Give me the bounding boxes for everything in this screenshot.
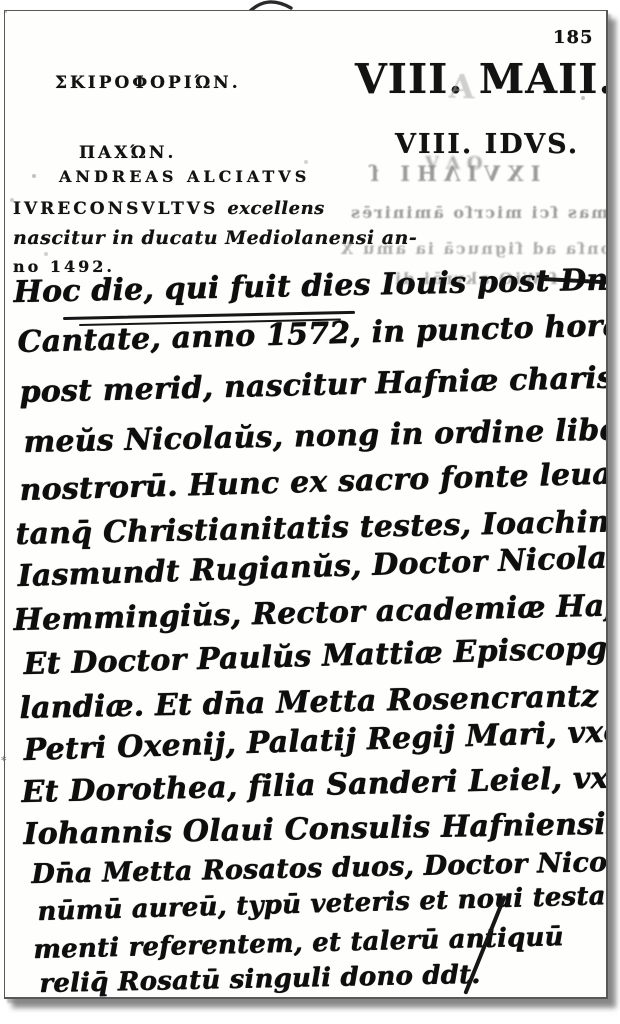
- printed-entry-line1: ANDREAS ALCIATVS: [59, 167, 310, 186]
- paper-specks: [5, 11, 7, 13]
- margin-mark: ∗: [0, 752, 7, 765]
- greek-month-heading: ΣΚΙΡΟΦΟΡΙΏΝ.: [55, 73, 241, 93]
- manuscript-line: Et Doctor Paulŭs Mattiæ Episcopg Sia-: [23, 629, 608, 682]
- bleedthrough-ghost-letter: A: [448, 67, 475, 107]
- manuscript-line: Hemmingiŭs, Rector academiæ Hafniens.: [13, 586, 608, 638]
- bleedthrough-text: conimas ſci micrſo āminirēs: [349, 203, 608, 222]
- bleedthrough-text: Konſa ad ſignucā ia amu X: [339, 239, 608, 258]
- printed-entry-line2-caps: IVRECONSVLTVS: [13, 199, 218, 219]
- page-number: 185: [553, 27, 594, 48]
- manuscript-line: Et Dorothea, filia Sanderi Leiel, vxor: [21, 760, 608, 810]
- manuscript-line: post merid, nascitur Hafniæ chariss. fil…: [19, 357, 608, 410]
- printed-entry-line2-italic: excellens: [227, 198, 324, 219]
- manuscript-line: meŭs Nicolaŭs, nong in ordine liberorū: [23, 411, 608, 460]
- bleedthrough-text: IXVIΛHI ſ: [363, 161, 541, 186]
- scanned-page: 185 ΣΚΙΡΟΦΟΡΙΏΝ. VIII. MAII. A ΠΑΧΏΝ. VI…: [4, 10, 608, 999]
- printed-entry-line2: IVRECONSVLTVS excellens: [13, 198, 325, 219]
- greek-month-subheading: ΠΑΧΏΝ.: [79, 143, 176, 163]
- manuscript-line: nostrorū. Hunc ex sacro fonte leuarūt: [19, 455, 608, 508]
- manuscript-line: Iohannis Olaui Consulis Hafniensis.: [23, 806, 608, 852]
- manuscript-line: reliq̄ Rosatū singuli dono ddt.: [39, 960, 481, 999]
- date-heading: VIII. MAII.: [355, 55, 608, 103]
